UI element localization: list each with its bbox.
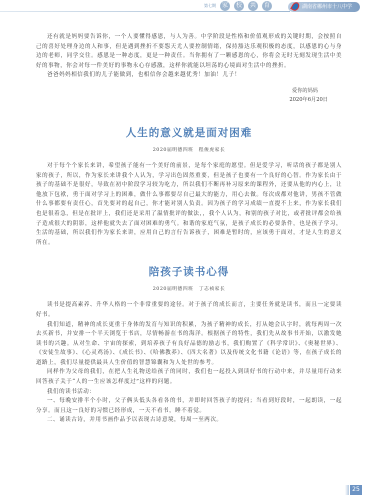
header-badge: 育: [262, 1, 272, 11]
article-paragraph: 二、诵读古诗，并用书画作品予以表现古诗意境，每周一至两次。: [36, 416, 342, 426]
letter-signature-block: 爱你的妈妈 2020年6月20日: [36, 87, 342, 105]
header-badge: 校: [234, 1, 244, 11]
header-divider: [0, 11, 290, 12]
page-number: 25: [350, 485, 362, 495]
header-badge: 家: [220, 1, 230, 11]
letter-signature: 爱你的妈妈: [36, 87, 342, 96]
article-paragraph: 我们的读书活动：: [36, 388, 342, 398]
article-byline: 2020届明德四班 程俊虎家长: [36, 146, 342, 153]
article-1: 人生的意义就是面对困难 2020届明德四班 程俊虎家长 对于每个个家长来讲，希望…: [36, 125, 342, 248]
article-title: 陪孩子读书心得: [36, 264, 342, 279]
article-paragraph: 同样作为父母的我们，在把人生礼物送给孩子的同时，我们也一起投入到读好书的行动中来…: [36, 368, 342, 387]
article-title: 人生的意义就是面对困难: [36, 125, 342, 140]
letter-paragraph: 还有就是妈妈要告诉你，一个人要懂得感恩，与人为善。中学阶段是性格和价值观形成的关…: [36, 33, 342, 71]
letter-date: 2020年6月20日: [36, 96, 342, 105]
page-tab-decoration: [345, 485, 349, 495]
article-paragraph: 一、每晚安排半个小时，父子俩头低头各看各的书，并即时回答孩子的提问；当看到好段时…: [36, 397, 342, 416]
article-paragraph: 对于每个个家长来讲，希望孩子能有一个美好的前景，是每个家庭的愿望。但是爱学习，听…: [36, 162, 342, 248]
letter-section: 还有就是妈妈要告诉你，一个人要懂得感恩，与人为善。中学阶段是性格和价值观形成的关…: [36, 33, 342, 105]
header-badges: 家 校 共 育: [220, 1, 272, 11]
header-badge: 共: [248, 1, 258, 11]
issue-label: 第七期: [204, 3, 216, 9]
article-byline: 2020届明德四班 丁志祯家长: [36, 285, 342, 292]
article-paragraph: 我们知道，精神的成长更重于身体的发育与知识的积累，为孩子精神的成长，打从她会认字…: [36, 321, 342, 369]
article-2: 陪孩子读书心得 2020届明德四班 丁志祯家长 读书是提高素养、升华人格的一个非…: [36, 264, 342, 426]
page-content: 还有就是妈妈要告诉你，一个人要懂得感恩，与人为善。中学阶段是性格和价值观形成的关…: [36, 33, 342, 426]
article-paragraph: 读书是提高素养、升华人格的一个非常重要的途径。对于孩子的成长而言，主要任务就是读…: [36, 301, 342, 320]
letter-paragraph: 爸爸妈妈相信我们的儿子能做到，也相信你会越来越优秀！加油！儿子！: [36, 71, 342, 81]
